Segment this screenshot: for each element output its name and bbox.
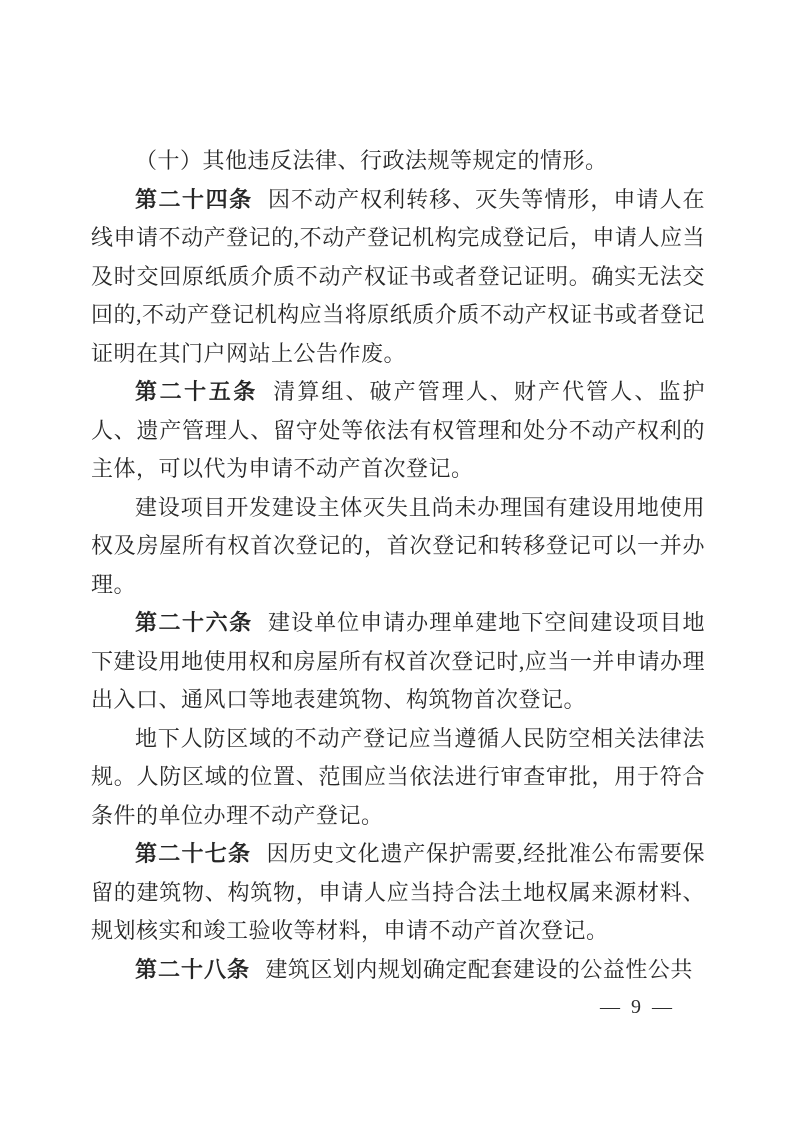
article-number: 第二十四条 [135,187,253,212]
page-number: — 9 — [91,994,675,1020]
article-number: 第二十八条 [135,957,250,982]
paragraph: 第二十四条因不动产权利转移、灭失等情形，申请人在线申请不动产登记的,不动产登记机… [91,181,705,374]
paragraph: （十）其他违反法律、行政法规等规定的情形。 [91,142,705,181]
document-body: （十）其他违反法律、行政法规等规定的情形。 第二十四条因不动产权利转移、灭失等情… [91,142,705,989]
article-number: 第二十六条 [135,610,253,635]
paragraph: 第二十七条因历史文化遗产保护需要,经批准公布需要保留的建筑物、构筑物，申请人应当… [91,835,705,951]
paragraph-text: 地下人防区域的不动产登记应当遵循人民防空相关法律法规。人防区域的位置、范围应当依… [91,726,705,828]
paragraph: 建设项目开发建设主体灭失且尚未办理国有建设用地使用权及房屋所有权首次登记的，首次… [91,489,705,605]
article-number: 第二十七条 [135,841,251,866]
paragraph-text: 建设项目开发建设主体灭失且尚未办理国有建设用地使用权及房屋所有权首次登记的，首次… [91,495,705,597]
paragraph: 第二十五条清算组、破产管理人、财产代管人、监护人、遗产管理人、留守处等依法有权管… [91,373,705,489]
paragraph-text: 建筑区划内规划确定配套建设的公益性公共 [265,957,693,982]
paragraph: 第二十八条建筑区划内规划确定配套建设的公益性公共 [91,951,705,990]
document-page: （十）其他违反法律、行政法规等规定的情形。 第二十四条因不动产权利转移、灭失等情… [0,0,793,1122]
paragraph-text: （十）其他违反法律、行政法规等规定的情形。 [135,148,608,173]
article-number: 第二十五条 [135,379,258,404]
paragraph: 地下人防区域的不动产登记应当遵循人民防空相关法律法规。人防区域的位置、范围应当依… [91,720,705,836]
paragraph: 第二十六条建设单位申请办理单建地下空间建设项目地下建设用地使用权和房屋所有权首次… [91,604,705,720]
paragraph-text: 因不动产权利转移、灭失等情形，申请人在线申请不动产登记的,不动产登记机构完成登记… [91,187,705,366]
